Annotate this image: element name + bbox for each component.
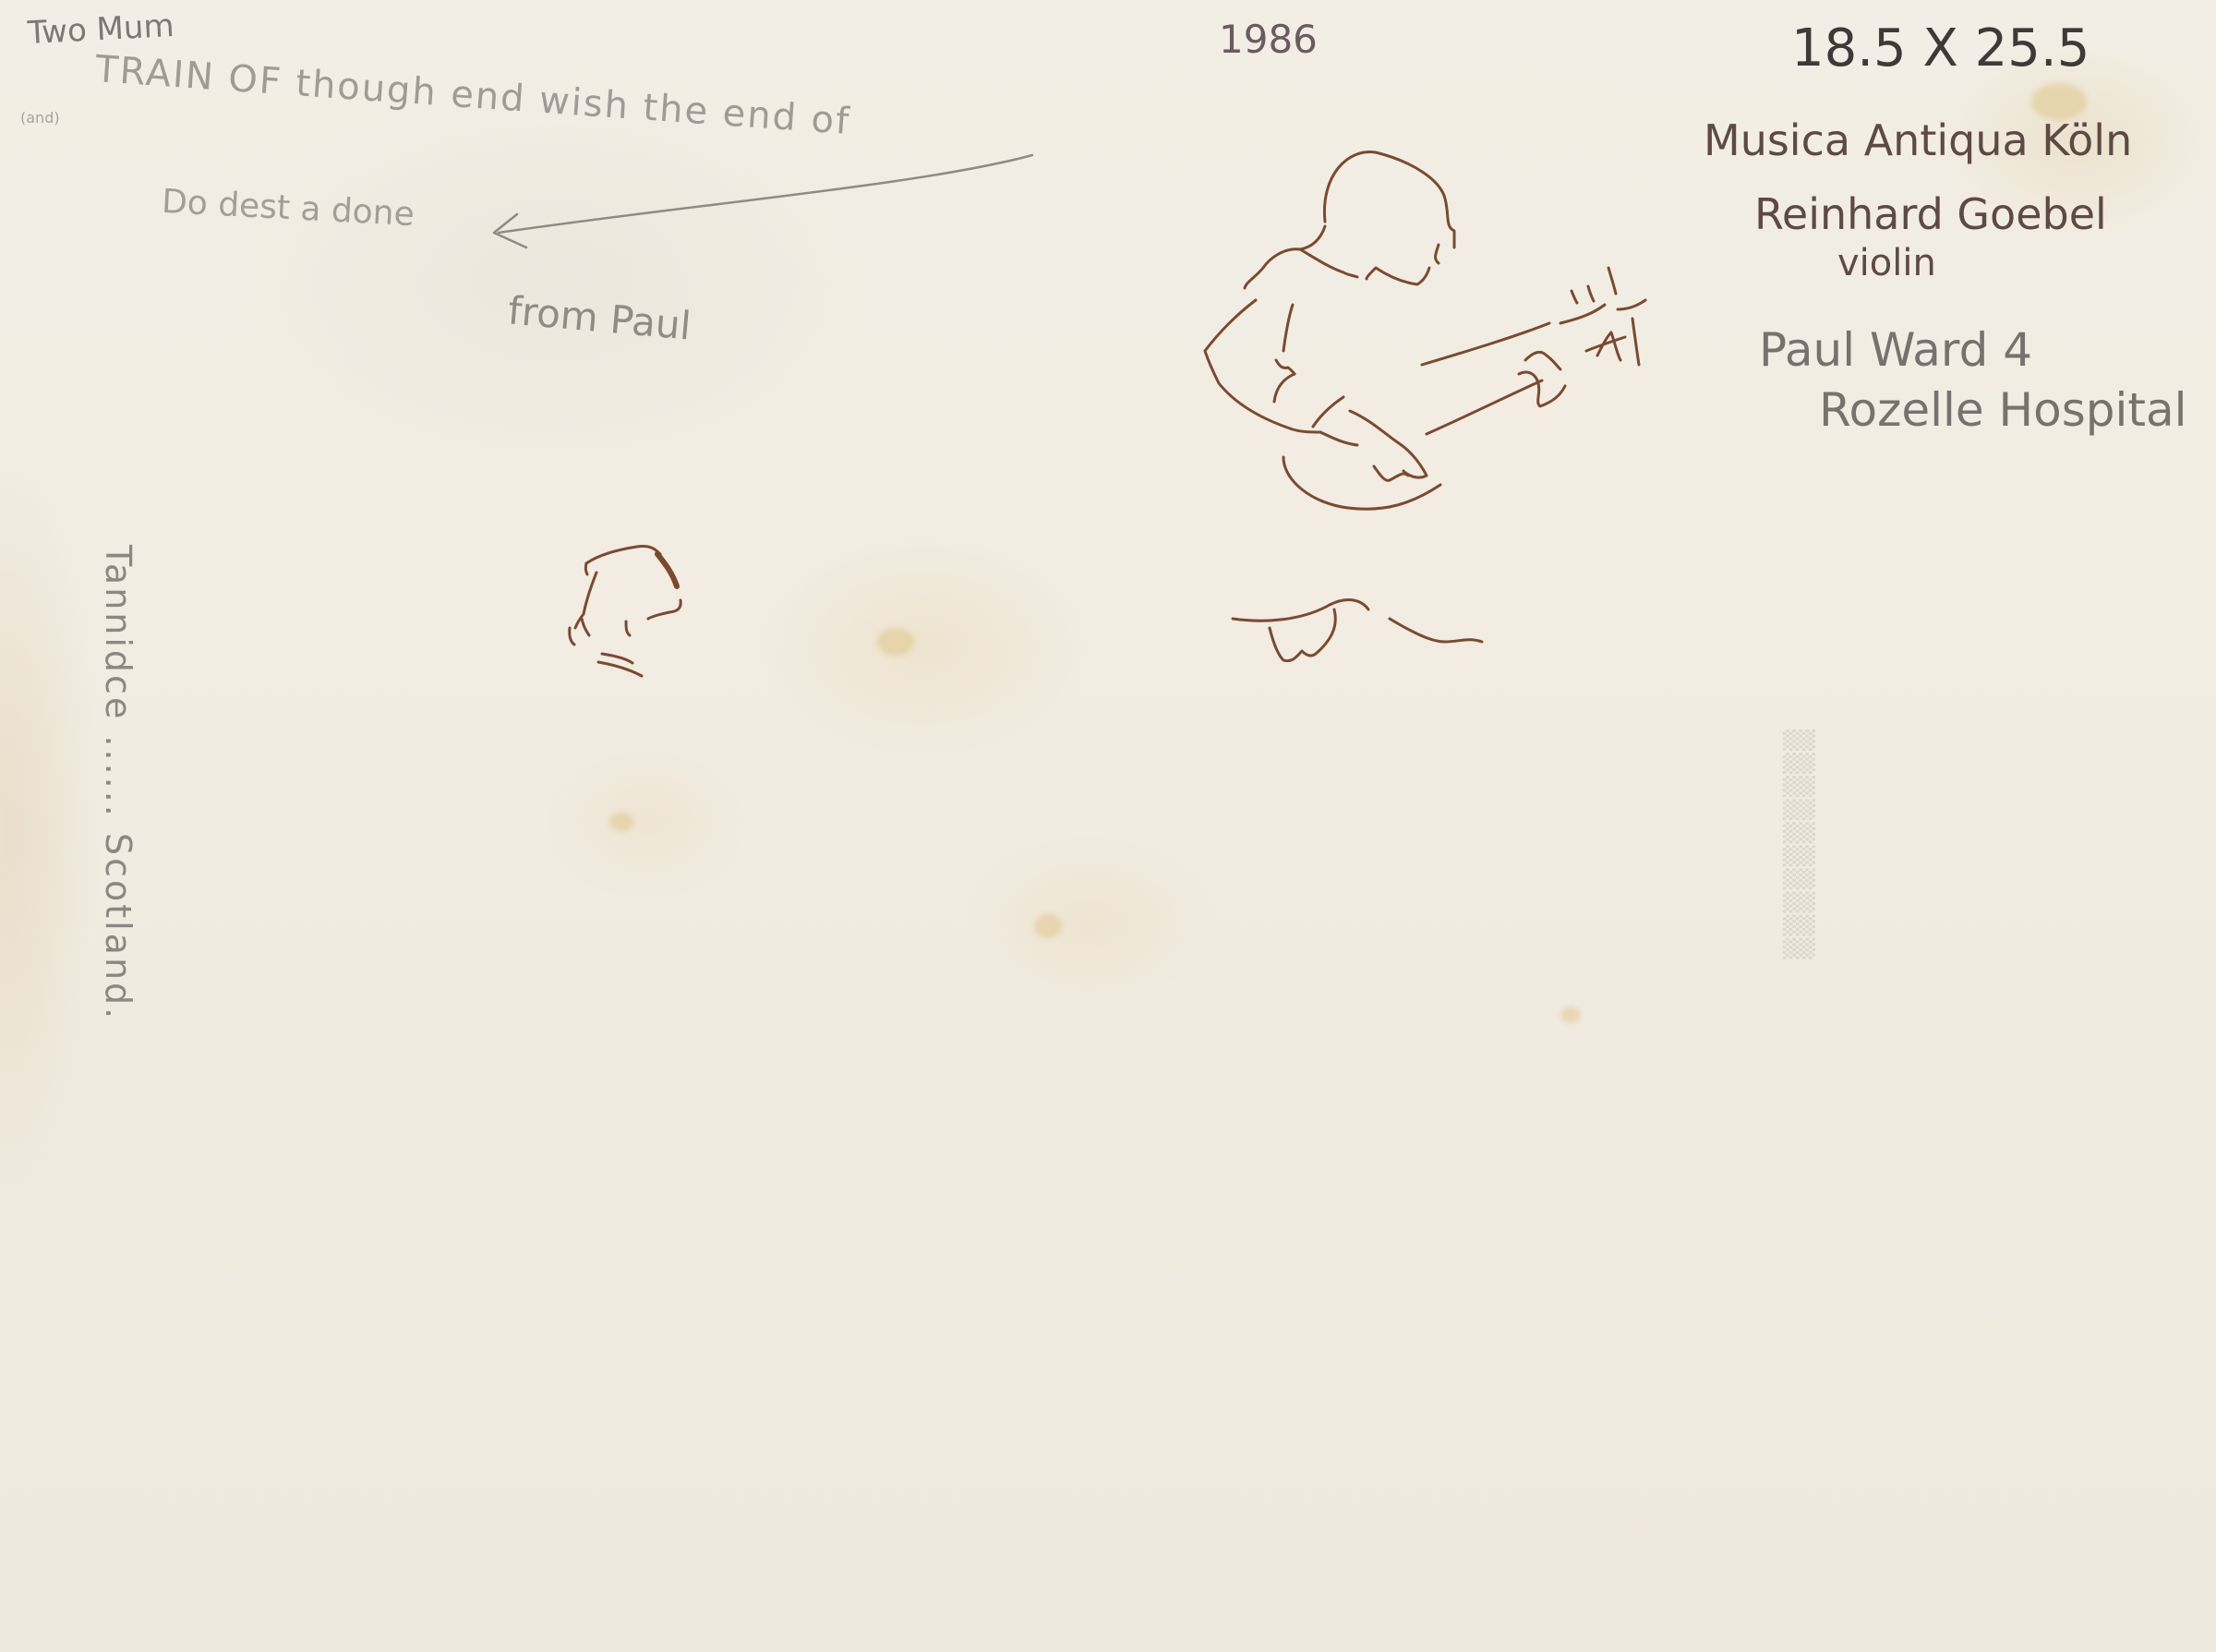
- head-profile-sketch-icon: [545, 526, 711, 683]
- vertical-note-scotland: Tannidce ...... Scotland.: [98, 545, 138, 1021]
- dimensions-inscription: 18.5 X 25.5: [1791, 18, 2090, 78]
- performer-name: Reinhard Goebel: [1754, 189, 2107, 239]
- year-inscription: 1986: [1219, 17, 1318, 62]
- location-ward: Paul Ward 4: [1759, 323, 2032, 377]
- instrument-name: violin: [1837, 242, 1936, 284]
- ensemble-name: Musica Antiqua Köln: [1704, 115, 2132, 165]
- artwork-verso: Two Mum (and) TRAIN OF though end wish t…: [0, 0, 2216, 1652]
- violinist-sketch-icon: [1191, 139, 1727, 785]
- faint-stamp: ▒▒▒▒▒▒▒▒▒▒: [1782, 730, 1814, 961]
- location-hospital: Rozelle Hospital: [1819, 383, 2187, 437]
